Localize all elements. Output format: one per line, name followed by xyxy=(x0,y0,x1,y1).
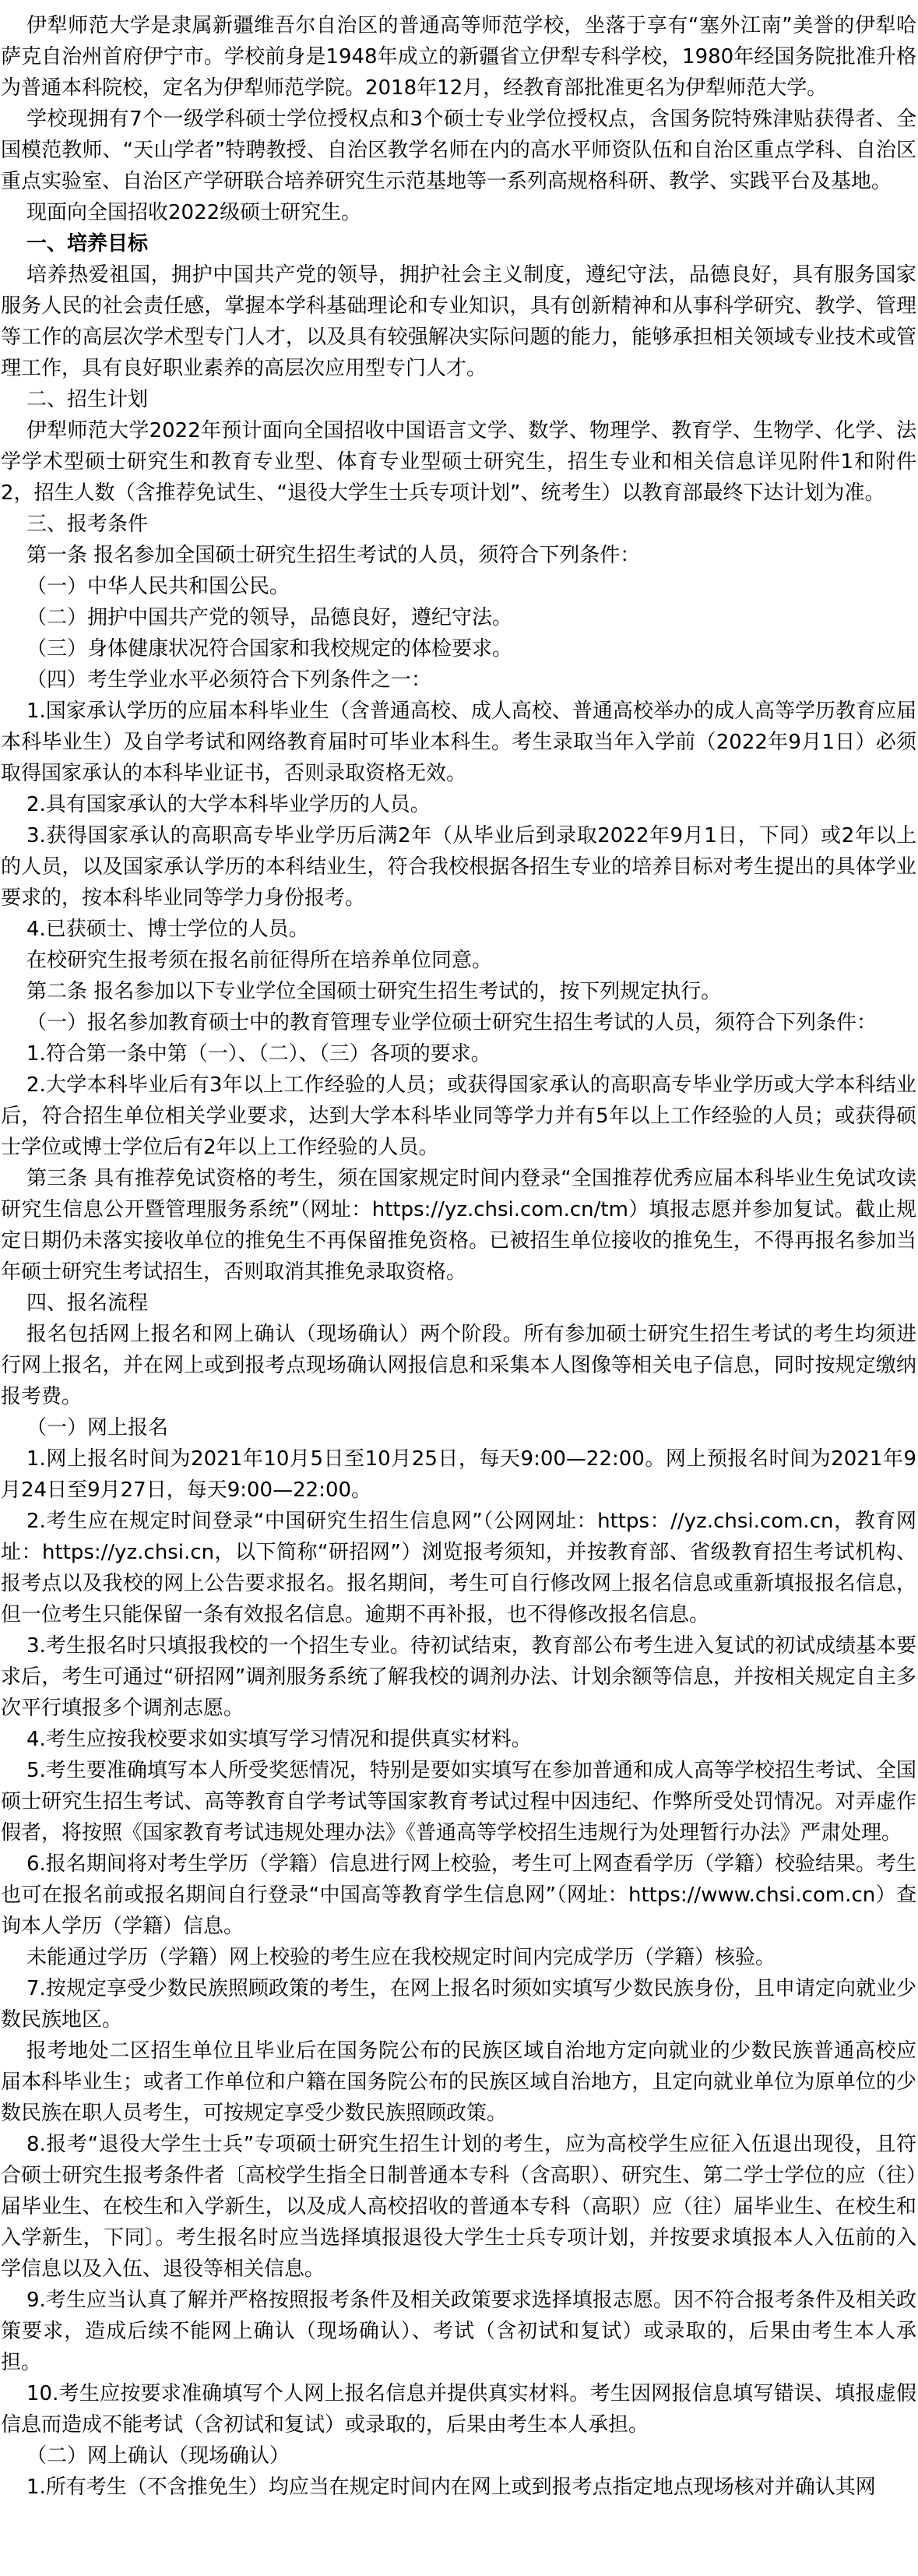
section-heading-training-objectives: 一、培养目标 xyxy=(1,228,916,259)
paragraph-online-reg-item5: 5.考生要准确填写本人所受奖惩情况，特别是要如实填写在参加普通和成人高等学校招生… xyxy=(1,1755,916,1848)
paragraph-online-reg-item6-note: 未能通过学历（学籍）网上校验的考生应在我校规定时间内完成学历（学籍）核验。 xyxy=(1,1942,916,1973)
paragraph-academic-level-2: 2.具有国家承认的大学本科毕业学历的人员。 xyxy=(1,789,916,820)
paragraph-article1-item2: （二）拥护中国共产党的领导，品德良好，遵纪守法。 xyxy=(1,602,916,633)
paragraph-academic-level-1: 1.国家承认学历的应届本科毕业生（含普通高校、成人高校、普通高校举办的成人高等学… xyxy=(1,696,916,789)
paragraph-article1-item1: （一）中华人民共和国公民。 xyxy=(1,571,916,602)
paragraph-enrollment-plan: 伊犁师范大学2022年预计面向全国招收中国语言文学、数学、物理学、教育学、生物学… xyxy=(1,415,916,509)
admissions-notice-document: 伊犁师范大学是隶属新疆维吾尔自治区的普通高等师范学校，坐落于享有“塞外江南”美誉… xyxy=(0,0,918,2503)
paragraph-online-reg-item8: 8.报考“退役大学生士兵”专项硕士研究生招生计划的考生，应为高校学生应征入伍退出… xyxy=(1,2129,916,2285)
subsection-heading-online-registration: （一）网上报名 xyxy=(1,1412,916,1443)
paragraph-article1-item3: （三）身体健康状况符合国家和我校规定的体检要求。 xyxy=(1,633,916,664)
paragraph-online-reg-item4: 4.考生应按我校要求如实填写学习情况和提供真实材料。 xyxy=(1,1724,916,1755)
paragraph-online-reg-item1: 1.网上报名时间为2021年10月5日至10月25日，每天9:00—22:00。… xyxy=(1,1443,916,1506)
paragraph-article2: 第二条 报名参加以下专业学位全国硕士研究生招生考试的，按下列规定执行。 xyxy=(1,976,916,1007)
paragraph-online-reg-item7-note: 报考地处二区招生单位且毕业后在国务院公布的民族区域自治地方定向就业的少数民族普通… xyxy=(1,2035,916,2129)
paragraph-training-objectives: 培养热爱祖国，拥护中国共产党的领导，拥护社会主义制度，遵纪守法，品德良好，具有服… xyxy=(1,259,916,384)
paragraph-registration-overview: 报名包括网上报名和网上确认（现场确认）两个阶段。所有参加硕士研究生招生考试的考生… xyxy=(1,1319,916,1412)
paragraph-academic-level-4: 4.已获硕士、博士学位的人员。 xyxy=(1,914,916,945)
paragraph-academic-level-3: 3.获得国家承认的高职高专毕业学历后满2年（从毕业后到录取2022年9月1日，下… xyxy=(1,820,916,914)
paragraph-online-reg-item10: 10.考生应按要求准确填写个人网上报名信息并提供真实材料。考生因网报信息填写错误… xyxy=(1,2378,916,2440)
paragraph-article1: 第一条 报名参加全国硕士研究生招生考试的人员，须符合下列条件： xyxy=(1,540,916,571)
paragraph-article2-item1-header: （一）报名参加教育硕士中的教育管理专业学位硕士研究生招生考试的人员，须符合下列条… xyxy=(1,1007,916,1038)
paragraph-article2-cond1: 1.符合第一条中第（一）、（二）、（三）各项的要求。 xyxy=(1,1038,916,1070)
intro-paragraph-recruiting: 现面向全国招收2022级硕士研究生。 xyxy=(1,197,916,228)
paragraph-article3-tuimian: 第三条 具有推荐免试资格的考生，须在国家规定时间内登录“全国推荐优秀应届本科毕业… xyxy=(1,1163,916,1288)
section-heading-application-requirements: 三、报考条件 xyxy=(1,509,916,540)
paragraph-online-reg-item9: 9.考生应当认真了解并严格按照报考条件及相关政策要求选择填报志愿。因不符合报考条… xyxy=(1,2285,916,2378)
paragraph-online-reg-item7: 7.按规定享受少数民族照顾政策的考生，在网上报名时须如实填写少数民族身份，且申请… xyxy=(1,1973,916,2035)
section-heading-enrollment-plan: 二、招生计划 xyxy=(1,384,916,415)
paragraph-online-reg-item2: 2.考生应在规定时间登录“中国研究生招生信息网”（公网网址：https：//yz… xyxy=(1,1506,916,1630)
subsection-heading-online-confirmation: （二）网上确认（现场确认） xyxy=(1,2440,916,2472)
paragraph-online-confirmation-item1-truncated: 1.所有考生（不含推免生）均应当在规定时间内在网上或到报考点指定地点现场核对并确… xyxy=(1,2472,916,2503)
section-heading-registration-process: 四、报名流程 xyxy=(1,1288,916,1319)
paragraph-online-reg-item3: 3.考生报名时只填报我校的一个招生专业。待初试结束，教育部公布考生进入复试的初试… xyxy=(1,1630,916,1724)
paragraph-article2-cond2: 2.大学本科毕业后有3年以上工作经验的人员；或获得国家承认的高职高专毕业学历或大… xyxy=(1,1070,916,1163)
intro-paragraph-school-overview: 伊犁师范大学是隶属新疆维吾尔自治区的普通高等师范学校，坐落于享有“塞外江南”美誉… xyxy=(1,10,916,104)
paragraph-online-reg-item6: 6.报名期间将对考生学历（学籍）信息进行网上校验，考生可上网查看学历（学籍）校验… xyxy=(1,1848,916,1942)
paragraph-article1-item4: （四）考生学业水平必须符合下列条件之一： xyxy=(1,664,916,696)
intro-paragraph-programs: 学校现拥有7个一级学科硕士学位授权点和3个硕士专业学位授权点，含国务院特殊津贴获… xyxy=(1,104,916,197)
paragraph-current-grad-students: 在校研究生报考须在报名前征得所在培养单位同意。 xyxy=(1,945,916,976)
